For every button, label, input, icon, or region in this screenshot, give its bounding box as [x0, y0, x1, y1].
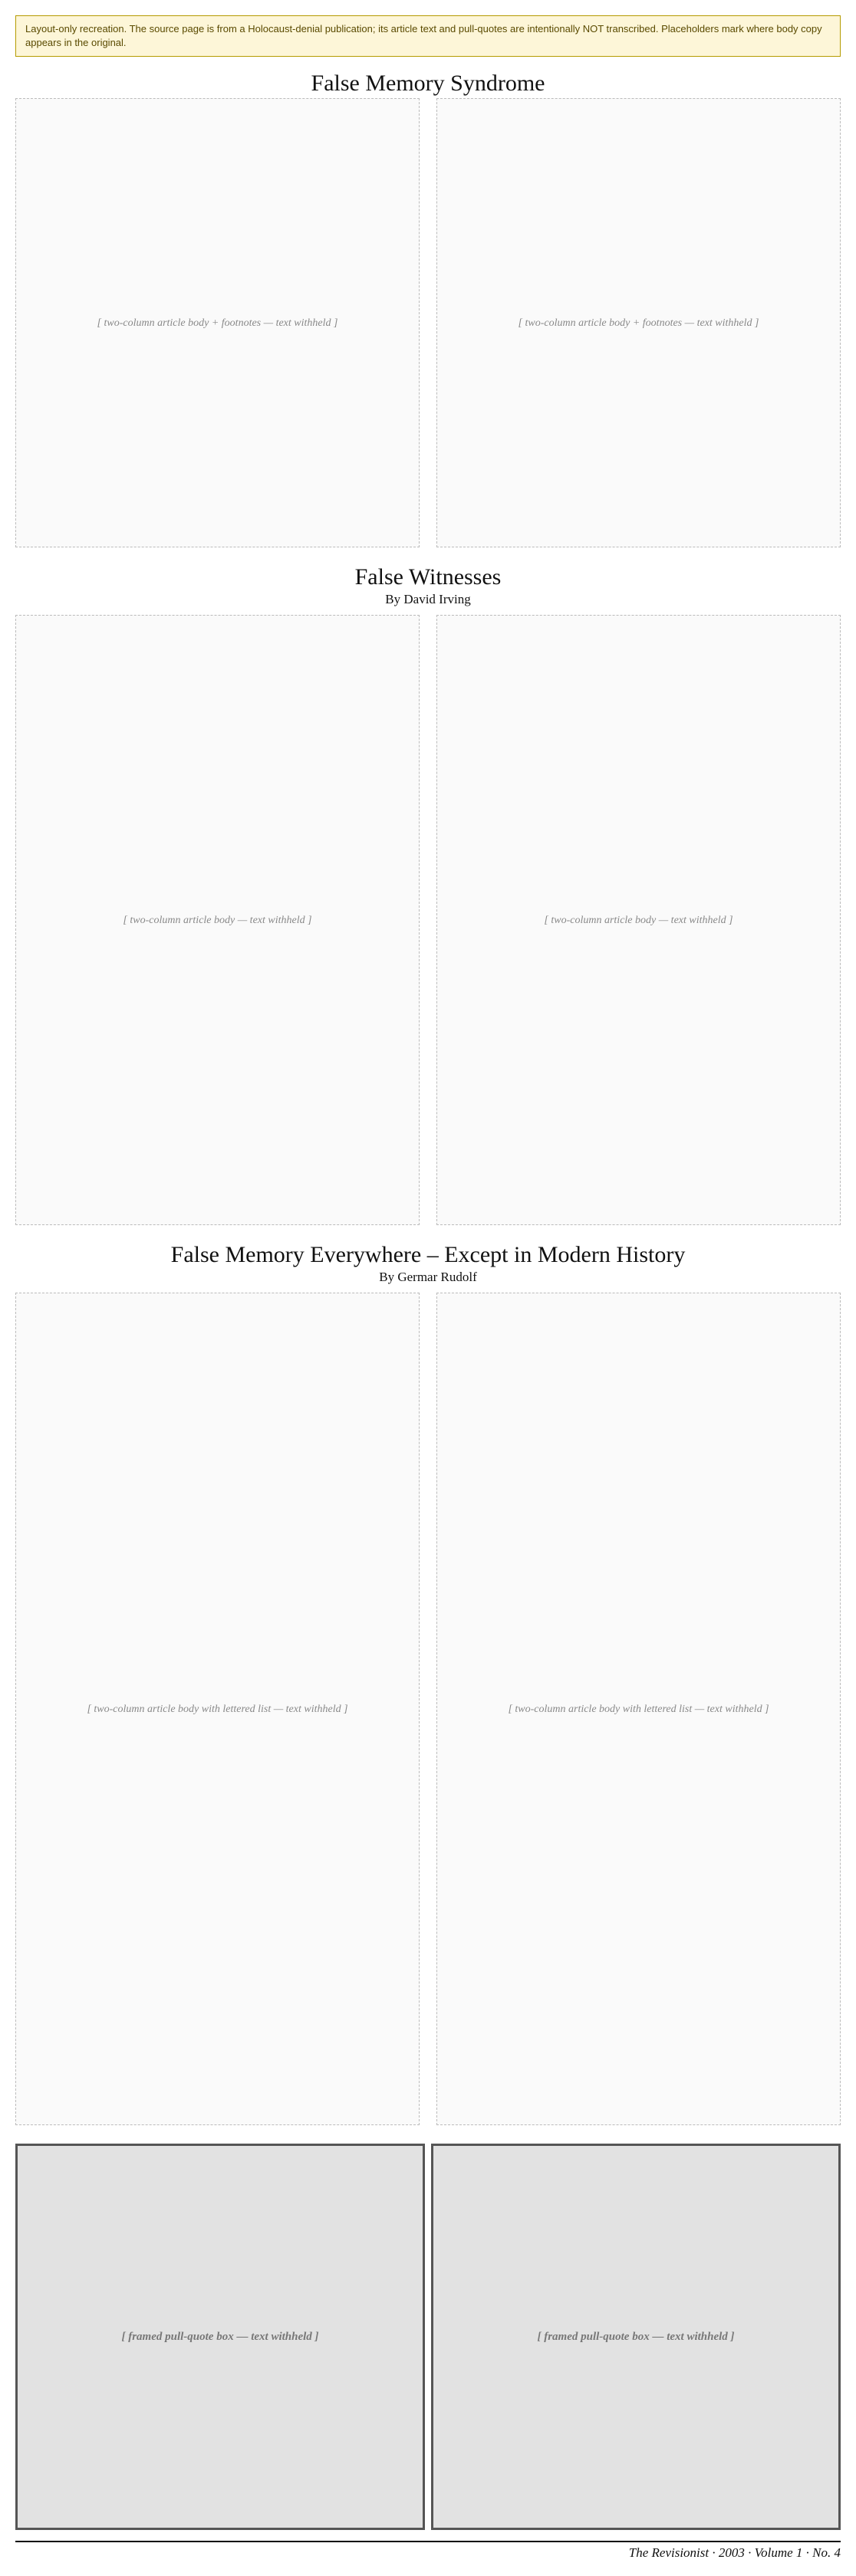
pull-quote-row: [ framed pull-quote box — text withheld … [15, 2144, 841, 2530]
journal-page: Layout-only recreation. The source page … [0, 0, 856, 2576]
article-2-title: False Witnesses [15, 564, 841, 590]
article-3-column-right: [ two-column article body with lettered … [436, 1293, 841, 2125]
article-2: False Witnesses By David Irving [ two-co… [15, 561, 841, 1225]
article-1-column-right: [ two-column article body + footnotes — … [436, 98, 841, 547]
content-withheld-notice: Layout-only recreation. The source page … [15, 15, 841, 57]
journal-footer-line: The Revisionist · 2003 · Volume 1 · No. … [15, 2541, 841, 2561]
article-1-title: False Memory Syndrome [15, 71, 841, 97]
article-1-column-left: [ two-column article body + footnotes — … [15, 98, 420, 547]
article-2-column-right: [ two-column article body — text withhel… [436, 615, 841, 1225]
article-3-byline: By Germar Rudolf [15, 1270, 841, 1285]
article-2-byline: By David Irving [15, 592, 841, 607]
pull-quote-box-right: [ framed pull-quote box — text withheld … [431, 2144, 841, 2530]
pull-quote-box-left: [ framed pull-quote box — text withheld … [15, 2144, 425, 2530]
article-3-column-left: [ two-column article body with lettered … [15, 1293, 420, 2125]
article-3-title: False Memory Everywhere – Except in Mode… [15, 1242, 841, 1268]
article-1: False Memory Syndrome [ two-column artic… [15, 67, 841, 547]
article-2-column-left: [ two-column article body — text withhel… [15, 615, 420, 1225]
article-3: False Memory Everywhere – Except in Mode… [15, 1239, 841, 2125]
